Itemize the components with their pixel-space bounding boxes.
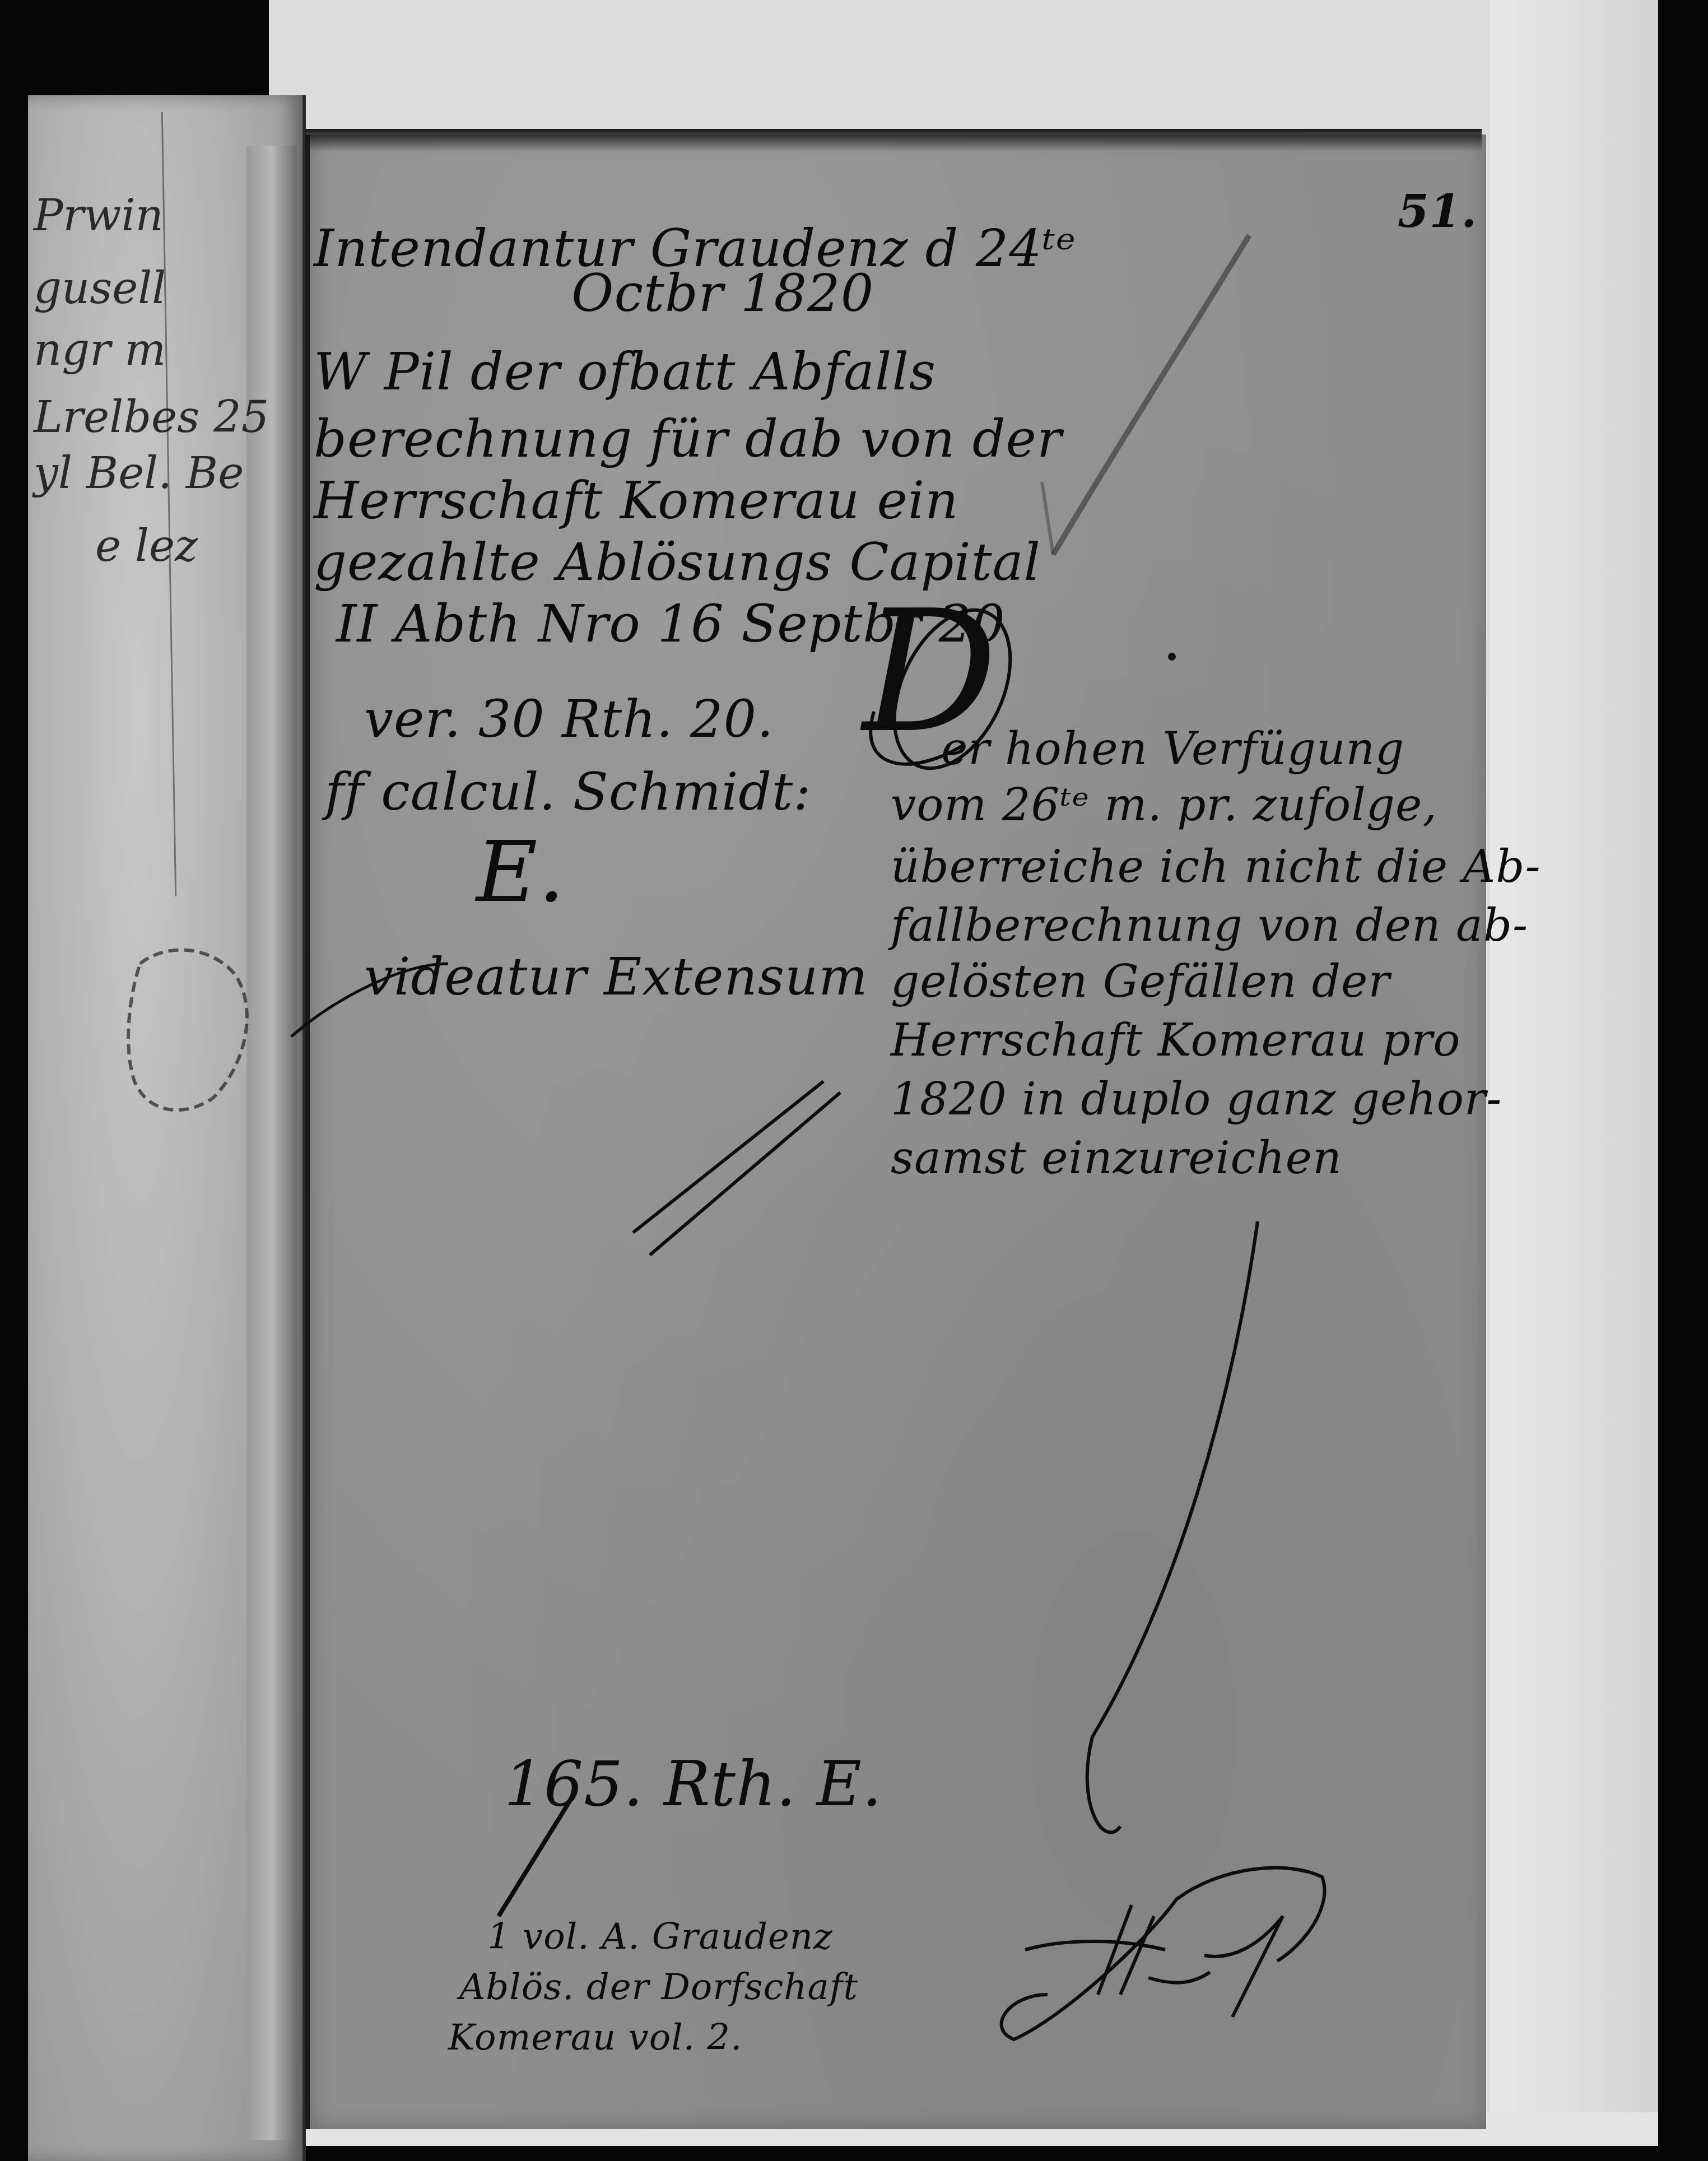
signature-icon: [1002, 1868, 1325, 2039]
pencil-slash-icon: [1053, 235, 1249, 555]
long-descender-icon: [1087, 1221, 1258, 1832]
pen-strokes: [0, 0, 1708, 2161]
ink-dot: [1168, 653, 1176, 661]
initial-flourish-icon: [871, 592, 1034, 787]
double-strike-icon: [633, 1081, 823, 1233]
